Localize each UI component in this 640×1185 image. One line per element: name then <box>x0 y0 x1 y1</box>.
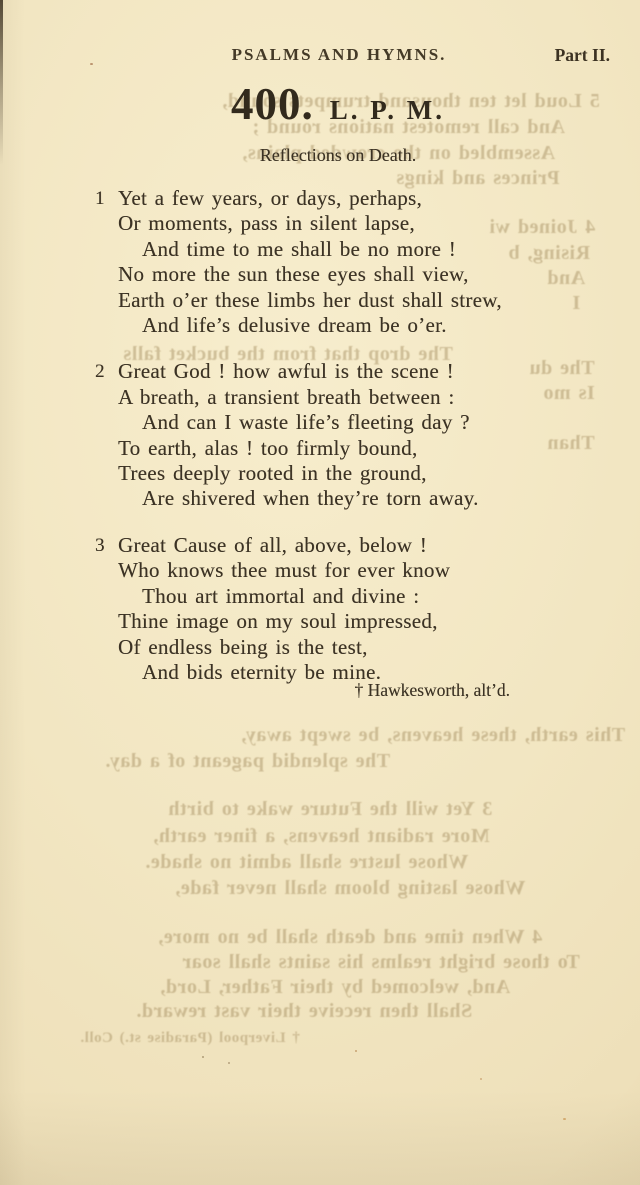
bleedthrough-line: 4 When time and death shall be no more, <box>158 926 542 949</box>
hymn-title-row: 400. L. P. M. <box>0 78 640 130</box>
verse-line: Great Cause of all, above, below ! <box>95 533 610 558</box>
verse-line: And time to me shall be no more ! <box>95 237 610 262</box>
verse-line: Trees deeply rooted in the ground, <box>95 461 610 486</box>
attribution: † Hawkesworth, alt’d. <box>354 680 510 701</box>
bleedthrough-line: The splendid pageant of a day. <box>105 750 390 773</box>
part-label: Part II. <box>555 45 610 66</box>
verse-line: Or moments, pass in silent lapse, <box>95 211 610 236</box>
verse-line: Of endless being is the test, <box>95 635 610 660</box>
bleedthrough-line: Shall then receive their vast reward. <box>136 1000 472 1023</box>
verse-line: Yet a few years, or days, perhaps, <box>95 186 610 211</box>
bleedthrough-line: More radiant heavens, a finer earth, <box>153 825 490 848</box>
ink-speck <box>563 1118 566 1120</box>
stanza-number: 1 <box>95 188 105 210</box>
hymn-number: 400. <box>231 78 314 130</box>
verse-line: No more the sun these eyes shall view, <box>95 262 610 287</box>
verse-line: Are shivered when they’re torn away. <box>95 486 610 511</box>
verse-line: And life’s delusive dream be o’er. <box>95 313 610 338</box>
ink-speck <box>228 1062 230 1064</box>
hymn-subtitle: Reflections on Death. <box>0 145 640 166</box>
bleedthrough-line: Whose lustre shall admit no shade. <box>145 851 468 874</box>
hymn-body: 1 Yet a few years, or days, perhaps, Or … <box>95 186 610 706</box>
bleedthrough-line: Whose lasting bloom shall never fade, <box>175 877 525 900</box>
verse-line: Thou art immortal and divine : <box>95 584 610 609</box>
verse-line: And bids eternity be mine. <box>95 660 610 685</box>
bleedthrough-line: This earth, these heavens, be swept away… <box>241 724 625 747</box>
running-title: PSALMS AND HYMNS. <box>0 45 640 65</box>
stanza-number: 2 <box>95 361 105 383</box>
verse-line: Thine image on my soul impressed, <box>95 609 610 634</box>
verse-line: A breath, a transient breath between : <box>95 385 610 410</box>
ink-speck <box>480 1078 482 1080</box>
stanza-number: 3 <box>95 535 105 557</box>
bleedthrough-line: To those bright realms his saints shall … <box>182 951 580 974</box>
verse-line: And can I waste life’s fleeting day ? <box>95 410 610 435</box>
ink-speck <box>202 1056 204 1058</box>
verse-line: Who knows thee must for ever know <box>95 558 610 583</box>
stanza: 1 Yet a few years, or days, perhaps, Or … <box>95 186 610 338</box>
bleedthrough-line: † Liverpool (Paradise st.) Coll. <box>80 1030 300 1047</box>
book-page: 5 Loud let ten thousand trumpets sound,A… <box>0 0 640 1185</box>
ink-speck <box>355 1050 357 1052</box>
stanza: 2 Great God ! how awful is the scene ! A… <box>95 359 610 511</box>
stanza: 3 Great Cause of all, above, below ! Who… <box>95 533 610 685</box>
bleedthrough-line: 3 Yet will the Future wake to birth <box>168 798 492 821</box>
verse-line: Great God ! how awful is the scene ! <box>95 359 610 384</box>
hymn-meter: L. P. M. <box>330 95 445 126</box>
bleedthrough-line: And, welcomed by their Father, Lord, <box>160 976 510 999</box>
verse-line: To earth, alas ! too firmly bound, <box>95 436 610 461</box>
verse-line: Earth o’er these limbs her dust shall st… <box>95 288 610 313</box>
